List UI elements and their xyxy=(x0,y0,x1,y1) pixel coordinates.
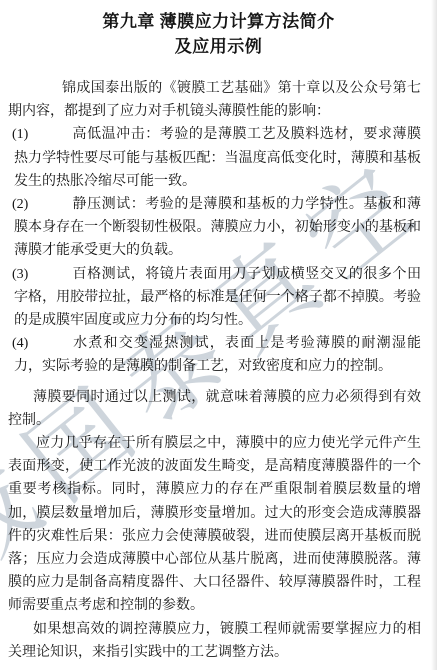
list-item-4-marker: (4) xyxy=(12,332,72,355)
list-item-4: (4)水煮和交变湿热测试，表面上是考验薄膜的耐潮湿能力，实际考验的是薄膜的制备工… xyxy=(8,332,421,378)
list-item-3-text: 百格测试，将镜片表面用刀子划成横竖交叉的很多个田字格，用胶带拉扯，最严格的标准是… xyxy=(14,267,421,328)
list-item-4-text: 水煮和交变湿热测试，表面上是考验薄膜的耐潮湿能力，实际考验的是薄膜的制备工艺，对… xyxy=(14,336,421,374)
document-page: 成国泰真空 第九章 薄膜应力计算方法简介 及应用示例 锦成国泰出版的《镀膜工艺基… xyxy=(0,0,437,670)
list-item-1-marker: (1) xyxy=(12,123,72,146)
list-item-3-marker: (3) xyxy=(12,263,72,286)
chapter-title-line-2: 及应用示例 xyxy=(0,34,437,59)
summary-paragraph: 薄膜要同时通过以上测试，就意味着薄膜的应力必须得到有效控制。 xyxy=(8,386,421,432)
intro-paragraph: 锦成国泰出版的《镀膜工艺基础》第十章以及公众号第七期内容，都提到了应力对手机镜头… xyxy=(8,77,421,123)
chapter-title-line-1: 第九章 薄膜应力计算方法简介 xyxy=(0,9,437,34)
chapter-title: 第九章 薄膜应力计算方法简介 及应用示例 xyxy=(0,0,437,59)
document-body: 锦成国泰出版的《镀膜工艺基础》第十章以及公众号第七期内容，都提到了应力对手机镜头… xyxy=(0,77,437,664)
closing-paragraph: 如果想高效的调控薄膜应力，镀膜工程师就需要掌握应力的相关理论知识，来指引实践中的… xyxy=(8,618,421,664)
stress-discussion-paragraph: 应力几乎存在于所有膜层之中，薄膜中的应力使光学元件产生表面形变，使工作光波的波面… xyxy=(8,432,421,618)
list-item-2: (2)静压测试：考验的是薄膜和基板的力学特性。基板和薄膜本身存在一个断裂韧性极限… xyxy=(8,193,421,263)
list-item-2-text: 静压测试：考验的是薄膜和基板的力学特性。基板和薄膜本身存在一个断裂韧性极限。薄膜… xyxy=(14,197,421,258)
list-item-3: (3)百格测试，将镜片表面用刀子划成横竖交叉的很多个田字格，用胶带拉扯，最严格的… xyxy=(8,263,421,333)
list-item-2-marker: (2) xyxy=(12,193,72,216)
list-item-1: (1)高低温冲击：考验的是薄膜工艺及膜料选材，要求薄膜热力学特性要尽可能与基板匹… xyxy=(8,123,421,193)
list-item-1-text: 高低温冲击：考验的是薄膜工艺及膜料选材，要求薄膜热力学特性要尽可能与基板匹配：当… xyxy=(14,127,421,188)
